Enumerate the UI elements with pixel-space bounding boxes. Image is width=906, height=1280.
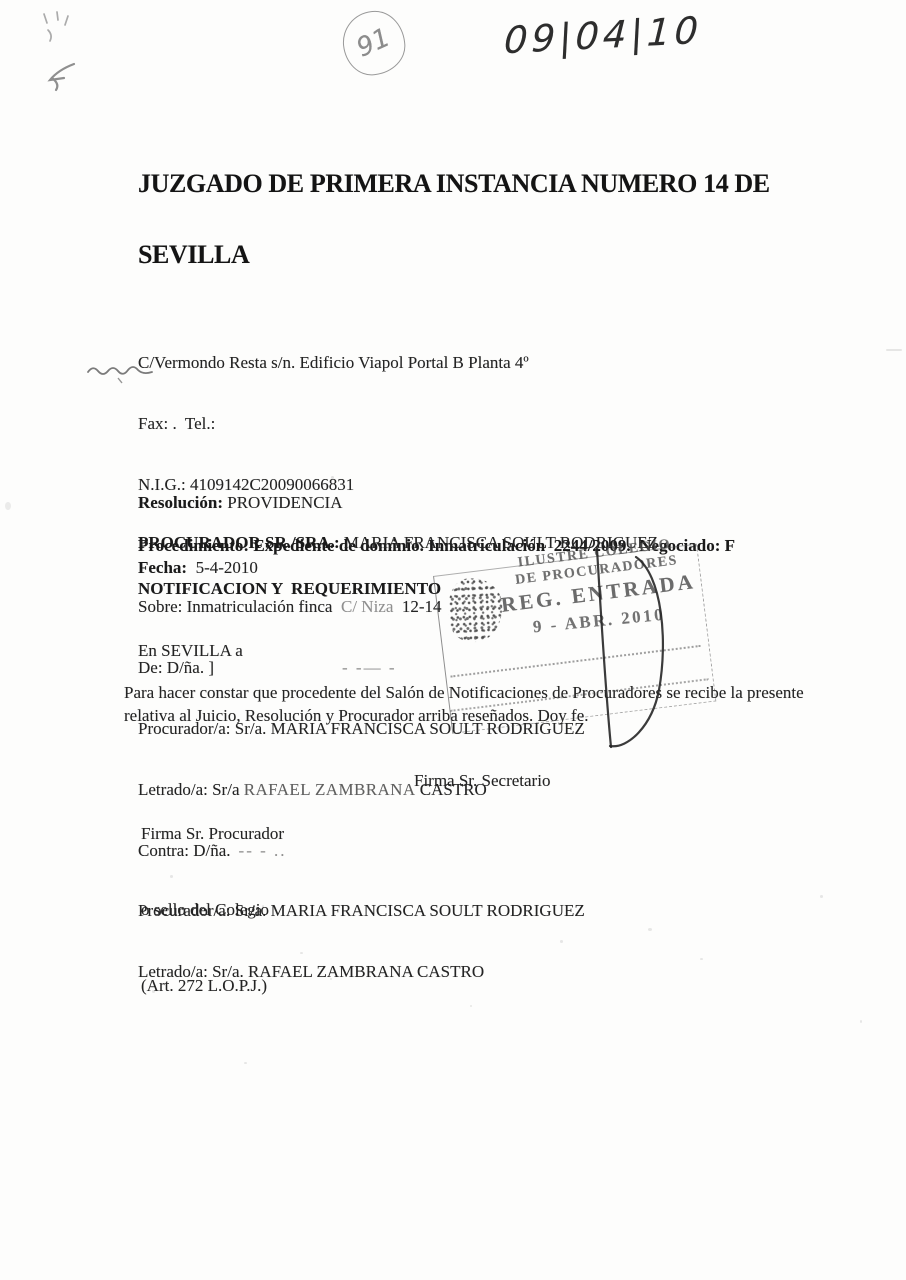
de-redacted-marks: - -— - bbox=[342, 658, 396, 677]
fecha-value: 5-4-2010 bbox=[187, 558, 258, 577]
fecha-line: Fecha: 5-4-2010 bbox=[138, 557, 342, 579]
scan-speck bbox=[5, 502, 11, 510]
notification-title: NOTIFICACION Y REQUERIMIENTO bbox=[138, 579, 441, 599]
scanned-document-page: 91 09|04|10 JUZGADO DE PRIMERA INSTANCIA… bbox=[0, 0, 906, 1280]
court-title-line2: SEVILLA bbox=[138, 239, 858, 270]
fax-tel-line: Fax: . Tel.: bbox=[138, 414, 858, 434]
scan-speck bbox=[886, 349, 902, 351]
resolucion-label: Resolución: bbox=[138, 493, 223, 512]
place-line: En SEVILLA a bbox=[138, 641, 243, 661]
circled-page-number-text: 91 bbox=[353, 23, 395, 64]
court-address: C/Vermondo Resta s/n. Edificio Viapol Po… bbox=[138, 353, 858, 373]
signature-left-line1: Firma Sr. Procurador bbox=[141, 821, 284, 846]
resolucion-value: PROVIDENCIA bbox=[223, 493, 342, 512]
signature-left-line3: (Art. 272 L.O.P.J.) bbox=[141, 973, 284, 998]
fecha-label: Fecha: bbox=[138, 558, 187, 577]
resolucion-line: Resolución: PROVIDENCIA bbox=[138, 492, 342, 514]
pen-signature-scrawl bbox=[540, 528, 725, 773]
handwritten-date: 09|04|10 bbox=[503, 9, 703, 63]
scan-speck bbox=[244, 1062, 247, 1064]
signature-caption-right: Firma Sr. Secretario bbox=[414, 768, 550, 793]
pencil-scribble-marks bbox=[30, 6, 90, 96]
signature-caption-left: Firma Sr. Procurador o sello del Colegio… bbox=[141, 770, 284, 1049]
sobre-faded-text: C/ Niza bbox=[337, 597, 398, 616]
scan-speck bbox=[860, 1020, 862, 1023]
court-title-line1: JUZGADO DE PRIMERA INSTANCIA NUMERO 14 D… bbox=[138, 168, 858, 199]
signature-left-line2: o sello del Colegio bbox=[141, 897, 284, 922]
margin-squiggle-mark bbox=[86, 360, 158, 386]
procurador-header-label: PROCURADOR SR./SRA.: bbox=[138, 533, 340, 552]
circled-page-number: 91 bbox=[340, 8, 408, 78]
